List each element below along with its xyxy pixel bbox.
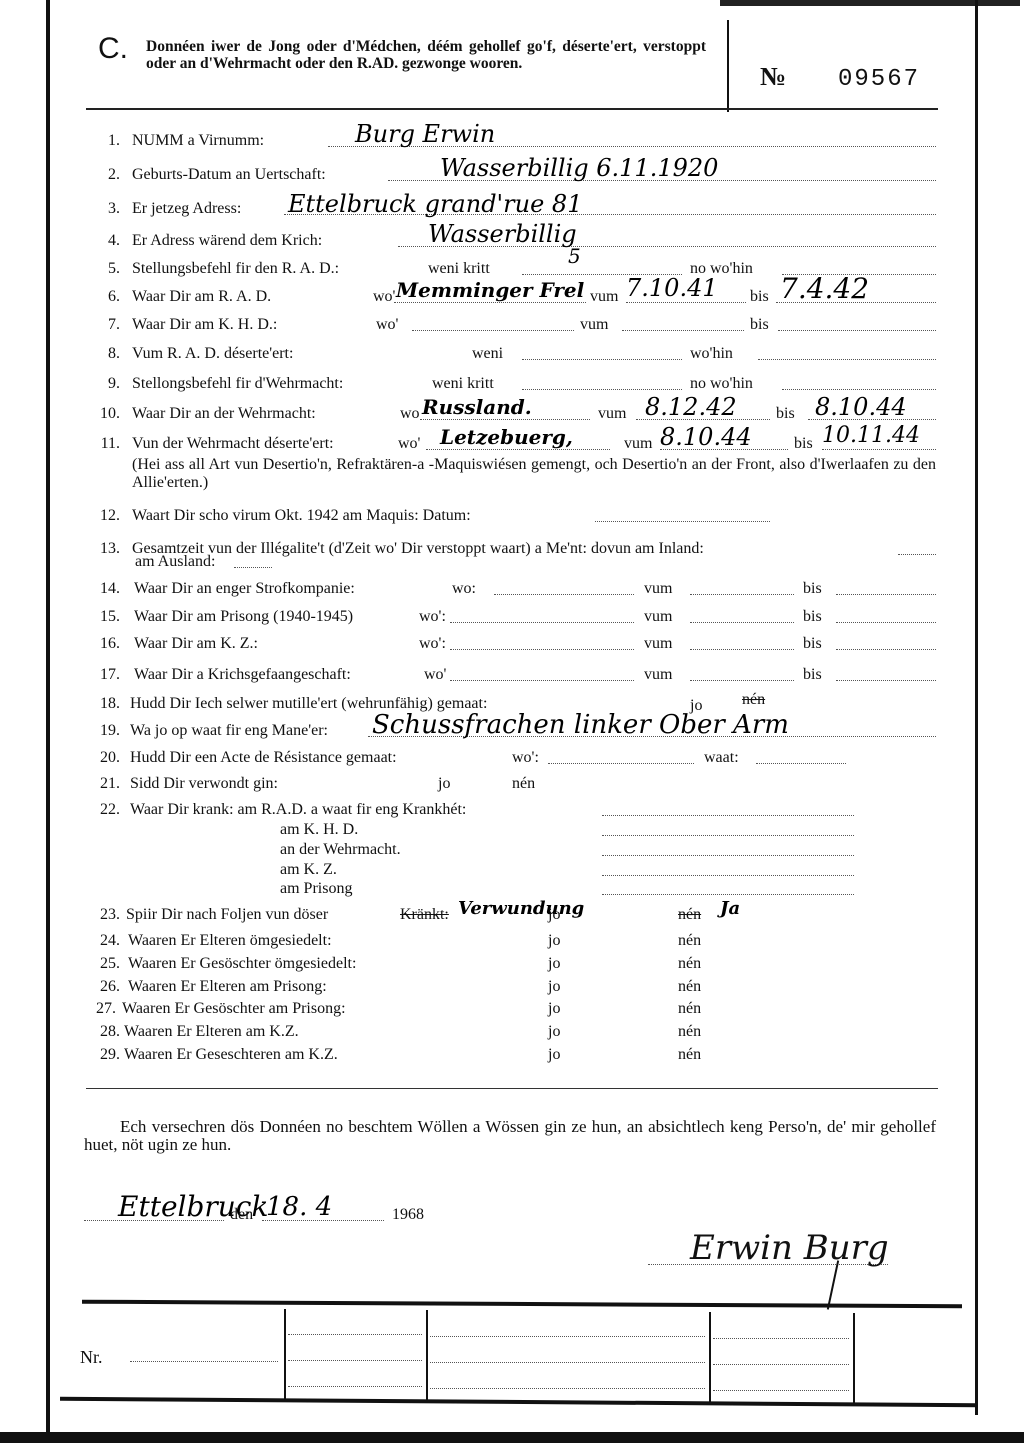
field-label: Sidd Dir verwondt gin: (130, 775, 278, 793)
input-line[interactable] (450, 635, 634, 650)
sub-label: am K. Z. (280, 861, 337, 879)
no-option-struck[interactable]: nén (678, 906, 701, 924)
field-label: Waaren Er Elteren am Prisong: (128, 978, 327, 996)
footer-col-divider (709, 1312, 711, 1405)
no-option[interactable]: nén (512, 775, 535, 793)
sub-label: bis (803, 580, 822, 598)
input-line[interactable] (690, 608, 794, 623)
sub-label: am K. H. D. (280, 821, 358, 839)
header-rule (86, 108, 938, 110)
field-number: 4. (80, 232, 120, 250)
input-line[interactable] (602, 841, 854, 856)
field-label: Waaren Er Geseschteren am K.Z. (124, 1046, 338, 1064)
footer-col-divider (853, 1313, 855, 1406)
wehrmacht-from-value: 8.12.42 (645, 393, 737, 421)
field-label: Waaren Er Elteren ömgesiedelt: (128, 932, 332, 950)
field-label: Stellongsbefehl fir d'Wehrmacht: (132, 375, 343, 393)
scan-border-bottom (0, 1432, 1024, 1443)
sub-label: vum (624, 435, 652, 453)
input-line[interactable] (756, 749, 846, 764)
field-number: 25. (80, 955, 120, 973)
sub-label: an der Wehrmacht. (280, 841, 401, 859)
rad-to-value: 7.4.42 (780, 272, 869, 305)
field-label: NUMM a Virnumm: (132, 132, 264, 150)
sub-label: am Prisong (280, 880, 352, 898)
field-label: Waar Dir am K. H. D.: (132, 316, 277, 334)
header-divider (727, 20, 729, 112)
no-option[interactable]: nén (678, 1000, 701, 1018)
form-title: Donnéen iwer de Jong oder d'Médchen, déé… (146, 38, 706, 72)
field-label: Waar Dir krank: am R.A.D. a waat fir eng… (130, 801, 466, 819)
footer-cell[interactable] (430, 1374, 705, 1389)
field-number: 24. (80, 932, 120, 950)
field-number: 28. (80, 1023, 120, 1041)
field-number: 5. (80, 260, 120, 278)
signature: Erwin Burg (690, 1228, 889, 1268)
field-number: 3. (80, 200, 120, 218)
field-label: am Ausland: (135, 553, 215, 571)
footer-rule-bottom (60, 1397, 978, 1407)
yes-option[interactable]: jo (548, 1000, 560, 1018)
input-line[interactable] (622, 316, 744, 331)
desertion-to-value: 10.11.44 (822, 423, 920, 448)
year-label: 1968 (392, 1206, 424, 1224)
sub-label: wo' (424, 666, 446, 684)
sub-label: wo' (398, 435, 420, 453)
declaration-text: Ech versechren dös Donnéen no beschtem W… (84, 1118, 936, 1154)
input-line[interactable] (690, 666, 794, 681)
field-label: Waar Dir am K. Z.: (134, 635, 258, 653)
input-line[interactable] (836, 635, 936, 650)
footer-cell[interactable] (288, 1372, 422, 1387)
no-option[interactable]: nén (678, 1023, 701, 1041)
input-line[interactable] (522, 260, 682, 275)
field-label: Wa jo op waat fir eng Mane'er: (130, 722, 328, 740)
den-label: den (230, 1206, 253, 1224)
field-number: 29. (80, 1046, 120, 1064)
sub-label: bis (750, 288, 769, 306)
sub-label: bis (803, 608, 822, 626)
form-number: 09567 (838, 66, 920, 93)
field-number: 23. (80, 906, 120, 924)
sub-label: weni kritt (428, 260, 490, 278)
input-line[interactable] (690, 580, 794, 595)
section-rule (86, 1088, 938, 1089)
scan-border-right (975, 0, 978, 1415)
sub-label: waat: (704, 749, 739, 767)
wehrmacht-place-value: Russland. (422, 395, 532, 419)
sub-label: wo' (376, 316, 398, 334)
footer-col-divider (284, 1309, 286, 1401)
footer-cell[interactable] (288, 1346, 422, 1361)
consequence-answer: Ja (720, 898, 740, 919)
nr-input[interactable] (130, 1347, 278, 1362)
consequence-value: Verwundung (458, 898, 584, 919)
field-label: Waaren Er Gesöschter ömgesiedelt: (128, 955, 356, 973)
sub-label: wo (400, 405, 420, 423)
footer-col-divider (426, 1310, 428, 1403)
field-label: Geburts-Datum an Uertschaft: (132, 166, 326, 184)
rad-from-value: 7.10.41 (626, 274, 718, 302)
field-number: 10. (80, 405, 120, 423)
field-number: 14. (80, 580, 120, 598)
date-value: 18. 4 (266, 1192, 332, 1222)
input-line[interactable] (602, 801, 854, 816)
input-line[interactable] (898, 540, 936, 555)
field-label: Waar Dir an enger Strofkompanie: (134, 580, 355, 598)
field-label: Hudd Dir een Acte de Résistance gemaat: (130, 749, 397, 767)
rad-order-value: 5 (568, 244, 581, 268)
sub-label: wo': (419, 635, 446, 653)
input-line[interactable] (450, 666, 634, 681)
field-label: Spiir Dir nach Foljen vun döser (126, 906, 328, 924)
sub-label: bis (794, 435, 813, 453)
sub-label: vum (590, 288, 618, 306)
input-line[interactable] (412, 316, 574, 331)
input-line[interactable] (602, 861, 854, 876)
field-11-note: (Hei ass all Art vun Desertio'n, Refrakt… (132, 456, 936, 492)
field-number: 20. (80, 749, 120, 767)
no-option[interactable]: nén (678, 955, 701, 973)
input-line[interactable] (690, 635, 794, 650)
field-number: 27. (76, 1000, 116, 1018)
name-value: Burg Erwin (355, 120, 495, 148)
yes-option[interactable]: jo (438, 775, 450, 793)
field-number: 18. (80, 695, 120, 713)
field-label: Waart Dir scho virum Okt. 1942 am Maquis… (132, 507, 471, 525)
input-line[interactable] (602, 821, 854, 836)
rad-place-value: Memminger Frel (396, 278, 584, 302)
nr-label: Nr. (80, 1347, 103, 1368)
footer-cell[interactable] (713, 1350, 849, 1365)
field-number: 17. (80, 666, 120, 684)
input-line[interactable] (836, 666, 936, 681)
sub-label: vum (644, 635, 672, 653)
field-number: 15. (80, 608, 120, 626)
yes-option[interactable]: jo (548, 906, 560, 924)
sub-label: wo'hin (690, 345, 733, 363)
field-number: 13. (80, 540, 120, 558)
field-number: 11. (80, 435, 120, 453)
field-label: Stellungsbefehl fir den R. A. D.: (132, 260, 339, 278)
sub-label: no wo'hin (690, 375, 753, 393)
input-line[interactable] (450, 608, 634, 623)
sub-label: vum (580, 316, 608, 334)
sub-label: bis (803, 666, 822, 684)
scan-border-left (46, 0, 50, 1443)
footer-cell[interactable] (288, 1320, 422, 1335)
input-line[interactable] (602, 880, 854, 895)
sub-label: vum (598, 405, 626, 423)
desertion-from-value: 8.10.44 (660, 423, 752, 451)
no-option[interactable]: nén (678, 1046, 701, 1064)
field-number: 19. (80, 722, 120, 740)
input-line[interactable] (595, 507, 770, 522)
input-line[interactable] (234, 553, 272, 568)
field-label: Waar Dir a Krichsgefaangeschaft: (134, 666, 351, 684)
field-label: Vum R. A. D. déserte'ert: (132, 345, 293, 363)
birth-value: Wasserbillig 6.11.1920 (440, 154, 718, 182)
sub-label: wo': (419, 608, 446, 626)
sub-label: vum (644, 608, 672, 626)
no-option[interactable]: nén (678, 932, 701, 950)
war-address-value: Wasserbillig (428, 220, 577, 248)
field-number: 21. (80, 775, 120, 793)
desertion-place-value: Letzebuerg, (440, 425, 573, 449)
field-number: 6. (80, 288, 120, 306)
sub-label: weni (472, 345, 503, 363)
sub-label: wo: (452, 580, 476, 598)
field-number: 8. (80, 345, 120, 363)
field-number: 26. (80, 978, 120, 996)
sub-label: wo': (512, 749, 539, 767)
field-label: Er jetzeg Adress: (132, 200, 241, 218)
yes-option[interactable]: jo (548, 1023, 560, 1041)
field-number: 7. (80, 316, 120, 334)
sub-label: wo' (373, 288, 395, 306)
sub-label: bis (776, 405, 795, 423)
struck-label: Kränkt: (400, 906, 449, 924)
field-label: Waaren Er Gesöschter am Prisong: (122, 1000, 346, 1018)
footer-cell[interactable] (430, 1348, 705, 1363)
input-line[interactable] (548, 749, 694, 764)
footer-cell[interactable] (713, 1376, 849, 1391)
form-page: C. Donnéen iwer de Jong oder d'Médchen, … (0, 0, 1024, 1443)
yes-option[interactable]: jo (548, 1046, 560, 1064)
sub-label: vum (644, 580, 672, 598)
input-line[interactable] (494, 580, 634, 595)
yes-option[interactable]: jo (548, 932, 560, 950)
input-line[interactable] (522, 375, 682, 390)
yes-option[interactable]: jo (548, 955, 560, 973)
field-number: 16. (80, 635, 120, 653)
field-label: Waar Dir an der Wehrmacht: (132, 405, 316, 423)
no-option-struck[interactable]: nén (742, 691, 765, 709)
sub-label: vum (644, 666, 672, 684)
sub-label: bis (750, 316, 769, 334)
field-number: 9. (80, 375, 120, 393)
field-number: 22. (80, 801, 120, 819)
field-label: Waar Dir am Prisong (1940-1945) (134, 608, 353, 626)
section-letter: C. (98, 32, 128, 66)
mutilation-method-value: Schussfrachen linker Ober Arm (372, 710, 789, 740)
footer-cell[interactable] (713, 1324, 849, 1339)
no-option[interactable]: nén (678, 978, 701, 996)
address-value: Ettelbruck grand'rue 81 (288, 190, 582, 218)
field-number: 12. (80, 507, 120, 525)
field-number: 1. (80, 132, 120, 150)
field-label: Vun der Wehrmacht déserte'ert: (132, 435, 334, 453)
field-label: Waaren Er Elteren am K.Z. (124, 1023, 299, 1041)
input-line[interactable] (836, 580, 936, 595)
field-label: Gesamtzeit vun der Illégalite't (d'Zeit … (132, 540, 704, 558)
yes-option[interactable]: jo (548, 978, 560, 996)
input-line[interactable] (778, 316, 936, 331)
input-line[interactable] (836, 608, 936, 623)
sub-label: weni kritt (432, 375, 494, 393)
input-line[interactable] (522, 345, 682, 360)
field-number: 2. (80, 166, 120, 184)
input-line[interactable] (782, 375, 936, 390)
field-label: Waar Dir am R. A. D. (132, 288, 271, 306)
input-line[interactable] (758, 345, 936, 360)
wehrmacht-to-value: 8.10.44 (815, 393, 907, 421)
number-symbol: № (760, 62, 786, 92)
sub-label: bis (803, 635, 822, 653)
footer-cell[interactable] (430, 1322, 705, 1337)
field-label: Er Adress wärend dem Krich: (132, 232, 322, 250)
